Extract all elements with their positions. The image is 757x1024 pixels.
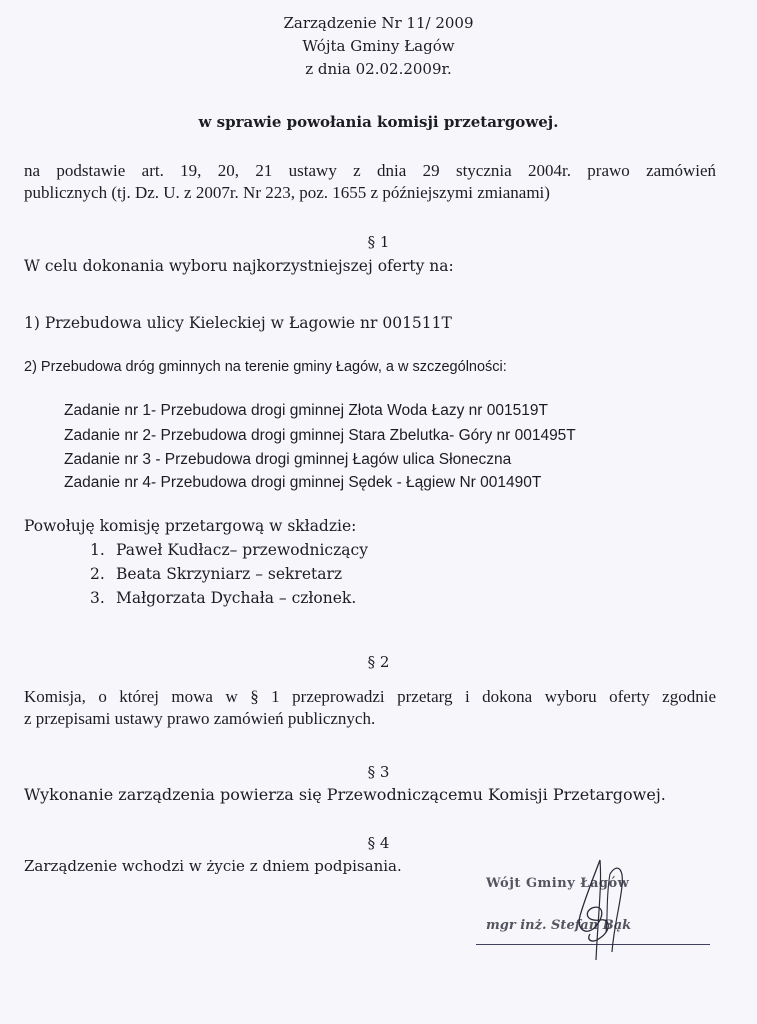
document-subject: w sprawie powołania komisji przetargowej… xyxy=(0,111,757,134)
section-1-intro: W celu dokonania wyboru najkorzystniejsz… xyxy=(24,256,454,276)
section-3-text: Wykonanie zarządzenia powierza się Przew… xyxy=(24,785,666,805)
signature-block: Wójt Gminy Łagów mgr inż. Stefan Bąk xyxy=(476,872,712,952)
task-1: Zadanie nr 1- Przebudowa drogi gminnej Z… xyxy=(64,402,548,420)
legal-basis-line1: na podstawie art. 19, 20, 21 ustawy z dn… xyxy=(24,160,716,182)
section-1-heading: § 1 xyxy=(0,231,757,254)
member-text: Beata Skrzyniarz – sekretarz xyxy=(116,565,342,583)
section-1-item-1: 1) Przebudowa ulicy Kieleckiej w Łagowie… xyxy=(24,313,452,333)
section-2-line1: Komisja, o której mowa w § 1 przeprowadz… xyxy=(24,686,716,708)
issuer: Wójta Gminy Łagów xyxy=(0,35,757,58)
document-page: Zarządzenie Nr 11/ 2009 Wójta Gminy Łagó… xyxy=(0,0,757,1024)
section-2-heading: § 2 xyxy=(0,651,757,674)
document-title: Zarządzenie Nr 11/ 2009 xyxy=(0,12,757,35)
committee-member-2: 2.Beata Skrzyniarz – sekretarz xyxy=(90,565,342,583)
committee-member-1: 1.Paweł Kudłacz– przewodniczący xyxy=(90,541,368,559)
member-number: 2. xyxy=(90,565,116,583)
legal-basis: na podstawie art. 19, 20, 21 ustawy z dn… xyxy=(24,160,716,204)
task-2: Zadanie nr 2- Przebudowa drogi gminnej S… xyxy=(64,427,576,445)
committee-member-3: 3.Małgorzata Dychała – członek. xyxy=(90,589,356,607)
committee-intro: Powołuję komisję przetargową w składzie: xyxy=(24,516,356,536)
legal-basis-line2: publicznych (tj. Dz. U. z 2007r. Nr 223,… xyxy=(24,182,716,204)
task-3: Zadanie nr 3 - Przebudowa drogi gminnej … xyxy=(64,451,511,469)
task-4: Zadanie nr 4- Przebudowa drogi gminnej S… xyxy=(64,474,541,492)
member-text: Małgorzata Dychała – członek. xyxy=(116,589,356,607)
member-number: 1. xyxy=(90,541,116,559)
section-4-text: Zarządzenie wchodzi w życie z dniem podp… xyxy=(24,856,402,876)
section-2-body: Komisja, o której mowa w § 1 przeprowadz… xyxy=(24,686,716,730)
section-4-heading: § 4 xyxy=(0,832,757,855)
document-date: z dnia 02.02.2009r. xyxy=(0,58,757,81)
member-text: Paweł Kudłacz– przewodniczący xyxy=(116,541,368,559)
handwritten-signature-icon xyxy=(566,856,646,966)
section-2-line2: z przepisami ustawy prawo zamówień publi… xyxy=(24,708,716,730)
section-1-item-2: 2) Przebudowa dróg gminnych na terenie g… xyxy=(24,357,507,377)
section-3-heading: § 3 xyxy=(0,761,757,784)
member-number: 3. xyxy=(90,589,116,607)
